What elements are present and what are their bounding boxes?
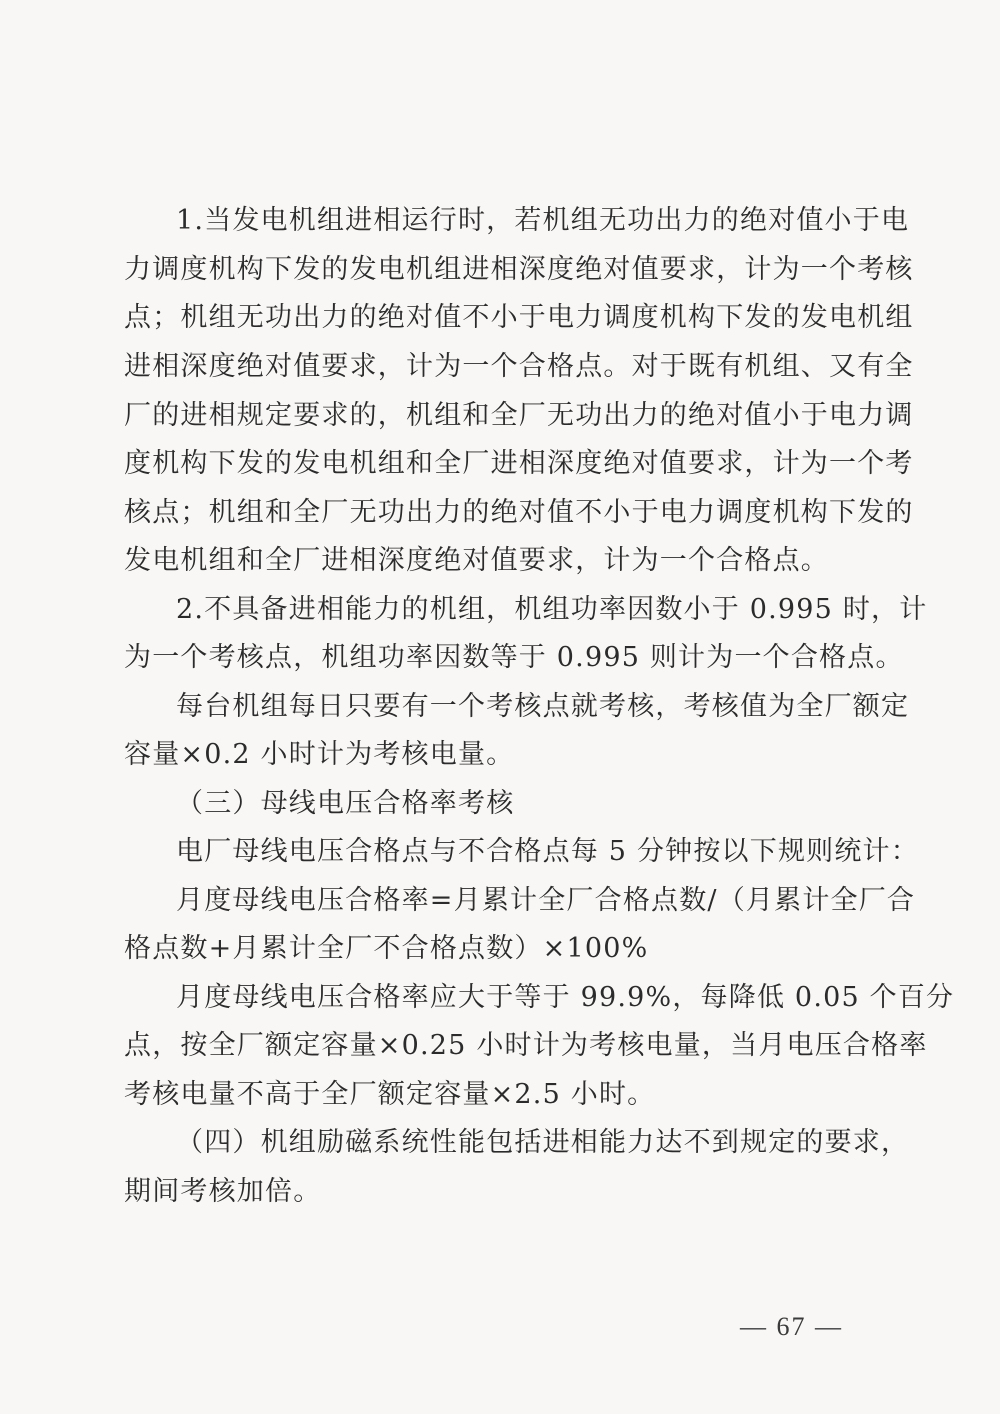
paragraph-1-line-5: 厂的进相规定要求的，机组和全厂无功出力的绝对值小于电力调: [124, 398, 864, 434]
paragraph-5-line-3: 考核电量不高于全厂额定容量×2.5 小时。: [124, 1077, 864, 1113]
paragraph-1-line-7: 核点；机组和全厂无功出力的绝对值不小于电力调度机构下发的: [124, 495, 864, 531]
paragraph-3-line-1: 每台机组每日只要有一个考核点就考核，考核值为全厂额定: [176, 689, 864, 725]
paragraph-2-line-2: 为一个考核点，机组功率因数等于 0.995 则计为一个合格点。: [124, 640, 864, 676]
paragraph-1-line-1: 1.当发电机组进相运行时，若机组无功出力的绝对值小于电: [176, 203, 864, 239]
paragraph-2-line-1: 2.不具备进相能力的机组，机组功率因数小于 0.995 时，计: [176, 592, 864, 628]
paragraph-1-line-8: 发电机组和全厂进相深度绝对值要求，计为一个合格点。: [124, 543, 864, 579]
paragraph-5-line-2: 点，按全厂额定容量×0.25 小时计为考核电量，当月电压合格率: [124, 1028, 864, 1064]
section-heading-3: （三）母线电压合格率考核: [176, 786, 864, 822]
paragraph-1-line-3: 点；机组无功出力的绝对值不小于电力调度机构下发的发电机组: [124, 300, 864, 336]
paragraph-3-line-2: 容量×0.2 小时计为考核电量。: [124, 737, 864, 773]
paragraph-4-line-1: 电厂母线电压合格点与不合格点每 5 分钟按以下规则统计：: [176, 834, 864, 870]
formula-line-1: 月度母线电压合格率=月累计全厂合格点数/（月累计全厂合: [176, 883, 864, 919]
page-number: — 67 —: [740, 1312, 843, 1342]
paragraph-1-line-2: 力调度机构下发的发电机组进相深度绝对值要求，计为一个考核: [124, 252, 864, 288]
paragraph-1-line-6: 度机构下发的发电机组和全厂进相深度绝对值要求，计为一个考: [124, 446, 864, 482]
paragraph-6-line-2: 期间考核加倍。: [124, 1174, 864, 1210]
paragraph-1-line-4: 进相深度绝对值要求，计为一个合格点。对于既有机组、又有全: [124, 349, 864, 385]
section-heading-4: （四）机组励磁系统性能包括进相能力达不到规定的要求，: [176, 1125, 864, 1161]
paragraph-5-line-1: 月度母线电压合格率应大于等于 99.9%，每降低 0.05 个百分: [176, 980, 864, 1016]
formula-line-2: 格点数+月累计全厂不合格点数）×100%: [124, 931, 864, 967]
document-page: 1.当发电机组进相运行时，若机组无功出力的绝对值小于电 力调度机构下发的发电机组…: [0, 0, 1000, 1414]
